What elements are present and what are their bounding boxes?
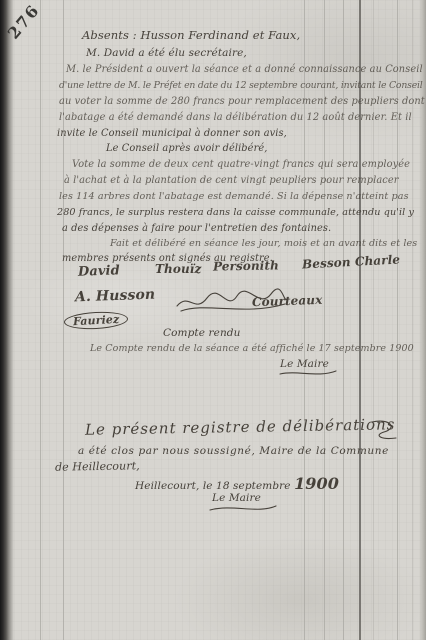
- signature: Thouïz: [155, 262, 201, 276]
- deliberation-line: Fait et délibéré en séance les jour, moi…: [110, 238, 417, 249]
- deliberation-line: M. David a été élu secrétaire,: [86, 47, 247, 59]
- deliberation-line: invite le Conseil municipal à donner son…: [57, 128, 287, 139]
- signature: Personith: [213, 258, 279, 273]
- closing-year: 1900: [294, 474, 339, 493]
- signature: Besson Charle: [302, 252, 401, 271]
- deliberation-line: l'abatage a été demandé dans la délibéra…: [59, 112, 412, 123]
- signature: Fauriez: [64, 310, 129, 330]
- signature: David: [78, 263, 120, 279]
- signature: Courteaux: [252, 293, 323, 309]
- deliberation-line: 280 francs, le surplus restera dans la c…: [57, 207, 414, 218]
- deliberation-line: Vote la somme de deux cent quatre-vingt …: [72, 159, 410, 170]
- deliberation-line: au voter la somme de 280 francs pour rem…: [59, 96, 425, 107]
- deliberation-line: d'une lettre de M. le Préfet en date du …: [59, 80, 423, 91]
- deliberation-line: à l'achat et à la plantation de cent vin…: [64, 175, 399, 186]
- maire-flourish: [208, 502, 278, 514]
- closing-date-prefix: Heillecourt, le 18 septembre: [135, 480, 291, 492]
- closing-line: de Heillecourt,: [55, 459, 140, 473]
- compte-rendu-heading: Compte rendu: [163, 327, 240, 339]
- deliberation-line: Le Conseil après avoir délibéré,: [106, 143, 267, 154]
- book-binding-edge: [0, 0, 14, 640]
- deliberation-line: Absents : Husson Ferdinand et Faux,: [82, 28, 300, 42]
- closing-dateline: Heillecourt, le 18 septembre 1900: [135, 474, 339, 493]
- deliberation-line: M. le Président a ouvert la séance et a …: [66, 64, 423, 75]
- deliberation-line: les 114 arbres dont l'abatage est demand…: [59, 191, 409, 202]
- signature: A. Husson: [75, 287, 156, 306]
- closing-line: a été clos par nous soussigné, Maire de …: [78, 445, 389, 457]
- maire-flourish: [278, 368, 338, 378]
- compte-rendu-line: Le Compte rendu de la séance a été affic…: [90, 343, 414, 354]
- closing-line: Le présent registre de délibérations: [85, 415, 396, 438]
- closing-flourish: [370, 418, 400, 440]
- deliberation-line: a des dépenses à faire pour l'entretien …: [62, 223, 331, 234]
- rule-line: [40, 0, 41, 640]
- register-page: 276 Absents : Husson Ferdinand et Faux, …: [0, 0, 426, 640]
